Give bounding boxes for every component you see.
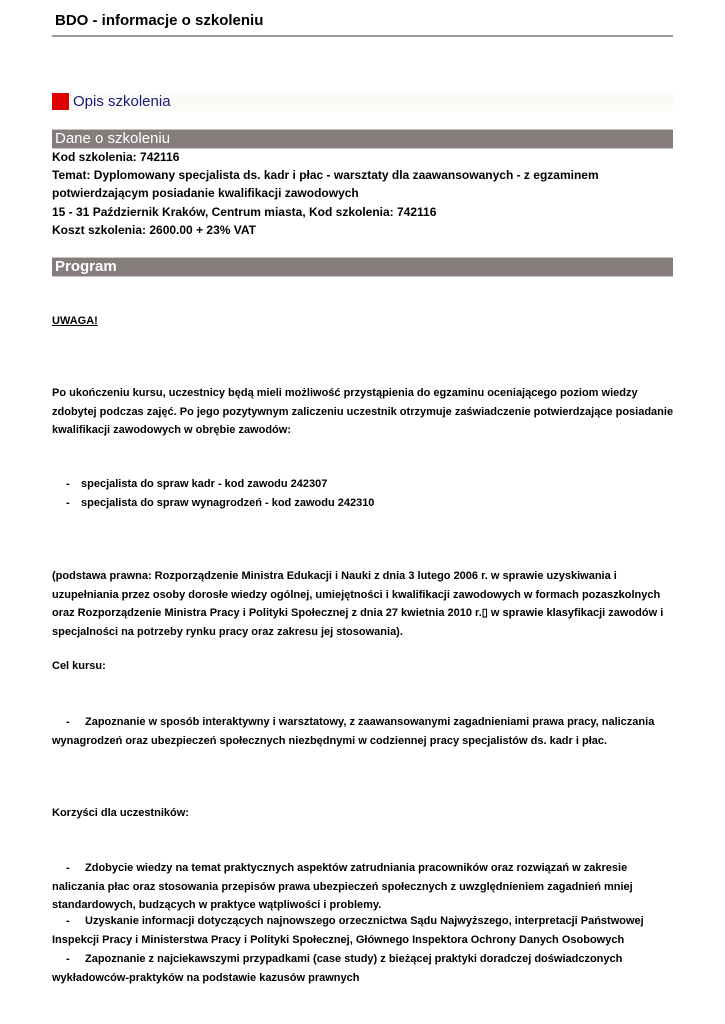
list-item: -specjalista do spraw kadr - kod zawodu … (66, 475, 327, 494)
title-divider (52, 35, 673, 37)
section-header-program: Program (52, 257, 673, 277)
korzysci-item: -Zapoznanie z najciekawszymi przypadkami… (52, 950, 677, 987)
dash-bullet: - (66, 950, 85, 969)
cel-item-text: Zapoznanie w sposób interaktywny i warsz… (52, 716, 654, 747)
dash-bullet: - (66, 859, 85, 878)
legal-basis-paragraph: (podstawa prawna: Rozporządzenie Ministr… (52, 567, 677, 641)
banner-label: Opis szkolenia (73, 93, 171, 111)
cel-item: -Zapoznanie w sposób interaktywny i wars… (52, 713, 677, 750)
training-info: Kod szkolenia: 742116 Temat: Dyplomowany… (52, 148, 672, 239)
korzysci-item-text: Uzyskanie informacji dotyczących najnows… (52, 915, 644, 946)
training-date-location: 15 - 31 Październik Kraków, Centrum mias… (52, 203, 672, 221)
list-item: -specjalista do spraw wynagrodzeń - kod … (66, 494, 374, 513)
section-header-label: Dane o szkoleniu (55, 130, 170, 148)
section-header-dane: Dane o szkoleniu (52, 129, 673, 149)
dash-bullet: - (66, 494, 81, 513)
section-banner-opis: Opis szkolenia (52, 93, 673, 111)
training-topic: Temat: Dyplomowany specjalista ds. kadr … (52, 166, 612, 202)
list-item-text: specjalista do spraw wynagrodzeń - kod z… (81, 497, 374, 509)
korzysci-item-text: Zdobycie wiedzy na temat praktycznych as… (52, 862, 633, 911)
korzysci-heading: Korzyści dla uczestników: (52, 804, 677, 823)
korzysci-item-text: Zapoznanie z najciekawszymi przypadkami … (52, 953, 622, 984)
list-item-text: specjalista do spraw kadr - kod zawodu 2… (81, 478, 327, 490)
cel-heading: Cel kursu: (52, 657, 677, 676)
training-cost: Koszt szkolenia: 2600.00 + 23% VAT (52, 221, 672, 239)
intro-paragraph: Po ukończeniu kursu, uczestnicy będą mie… (52, 384, 677, 440)
korzysci-item: -Uzyskanie informacji dotyczących najnow… (52, 912, 677, 949)
dash-bullet: - (66, 912, 85, 931)
training-code: Kod szkolenia: 742116 (52, 148, 672, 166)
uwaga-heading: UWAGA! (52, 312, 677, 331)
dash-bullet: - (66, 475, 81, 494)
dash-bullet: - (66, 713, 85, 732)
page-title: BDO - informacje o szkoleniu (55, 12, 263, 29)
section-header-label: Program (55, 258, 117, 276)
red-square-icon (52, 93, 69, 110)
korzysci-item: -Zdobycie wiedzy na temat praktycznych a… (52, 859, 677, 915)
